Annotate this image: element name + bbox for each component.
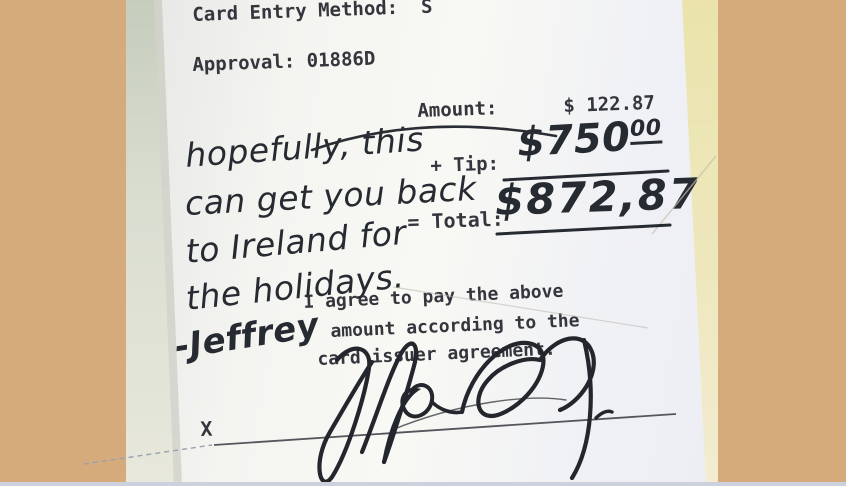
handwritten-arc-flourish xyxy=(312,127,556,150)
total-underline xyxy=(497,225,670,234)
tip-underline xyxy=(504,171,668,180)
cursive-signature xyxy=(319,338,612,481)
receipt-photo: Card Entry Method: S Approval: 01886D Am… xyxy=(0,0,846,486)
photo-bottom-border xyxy=(0,482,846,486)
paper-crease-top-right xyxy=(652,156,716,234)
perforation-dashed-line xyxy=(84,445,212,464)
ink-strokes-overlay xyxy=(0,0,846,486)
signature-line xyxy=(214,414,676,445)
paper-crease-middle xyxy=(393,287,648,328)
